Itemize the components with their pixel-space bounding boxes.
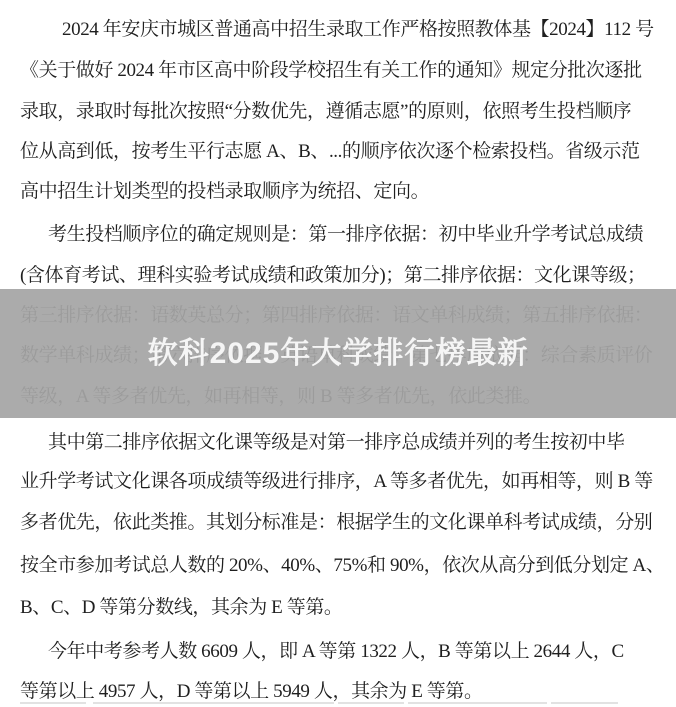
text-line: 位从高到低，按考生平行志愿 A、B、...的顺序依次逐个检索投档。省级示范 <box>20 136 640 162</box>
document-page: 2024 年安庆市城区普通高中招生录取工作严格按照教体基【2024】112 号 … <box>0 0 676 707</box>
text-line: 多者优先，依此类推。其划分标准是：根据学生的文化课单科考试成绩，分别 <box>20 507 652 533</box>
text-line: 考生投档顺序位的确定规则是：第一排序依据：初中毕业升学考试总成绩 <box>48 219 643 245</box>
text-line: 高中招生计划类型的投档录取顺序为统招、定向。 <box>20 176 429 202</box>
text-line: 2024 年安庆市城区普通高中招生录取工作严格按照教体基【2024】112 号 <box>62 14 654 40</box>
table-border-segment <box>338 702 404 704</box>
text-line: 业升学考试文化课各项成绩等级进行排序，A 等多者优先，如再相等，则 B 等 <box>20 466 653 492</box>
text-line: 今年中考参考人数 6609 人，即 A 等第 1322 人，B 等第以上 264… <box>48 636 624 662</box>
table-border-segment <box>408 702 547 704</box>
text-line: 《关于做好 2024 年市区高中阶段学校招生有关工作的通知》规定分批次逐批 <box>20 55 642 81</box>
table-border-segment <box>551 702 618 704</box>
text-line: B、C、D 等第分数线，其余为 E 等第。 <box>20 592 343 618</box>
text-line: 录取，录取时每批次按照“分数优先，遵循志愿”的原则，依照考生投档顺序 <box>20 96 631 122</box>
table-border-segment <box>93 702 334 704</box>
text-line: 其中第二排序依据文化课等级是对第一排序总成绩并列的考生按初中毕 <box>48 427 625 453</box>
table-top-border <box>0 702 676 704</box>
text-line: 等第以上 4957 人，D 等第以上 5949 人，其余为 E 等第。 <box>20 676 483 702</box>
text-line: (含体育考试、理科实验考试成绩和政策加分)；第二排序依据：文化课等级； <box>20 260 646 286</box>
table-border-segment <box>20 702 86 704</box>
text-line: 按全市参加考试总人数的 20%、40%、75%和 90%，依次从高分到低分划定 … <box>20 550 664 576</box>
watermark-text: 软科2025年大学排行榜最新 <box>0 337 676 370</box>
